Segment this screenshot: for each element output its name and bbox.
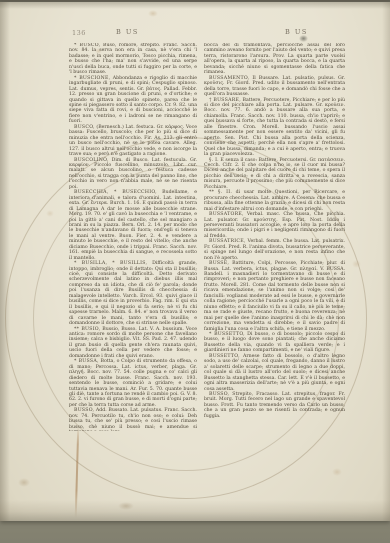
entry-body: (Bernesch.) Lat. festuca. Gr. κάρφος. Vo… xyxy=(69,125,197,157)
dictionary-entry: * BUSSETTO, Di busso, o di bossolo; picc… xyxy=(204,332,345,354)
entry-headword: * BUSILLA, * BUSILLIS, xyxy=(74,261,147,266)
entry-body: Arnese fatto di bossolo, o d'altro legno… xyxy=(204,354,345,392)
paper-left-edge-shadow xyxy=(0,2,10,521)
entry-body: Dim. di Busco. Lat. festucula. Gr. καρφί… xyxy=(69,158,197,190)
running-header: 136 B US B US xyxy=(0,28,390,38)
foxing-spot xyxy=(18,478,30,487)
dictionary-entry: * BUSCO, Buso, romore, strepito. Franc. … xyxy=(69,43,197,76)
entry-body: Battiture, Colpi, Percosse, Picchiate; p… xyxy=(204,261,345,331)
entry-headword: † BUSSARE, xyxy=(209,98,241,103)
page-number: 136 xyxy=(72,29,86,37)
entry-headword: * BUSSA, xyxy=(74,359,99,364)
dictionary-entry: ** BUSIO, Bussio, Busso. Lat. V. A. buss… xyxy=(69,327,197,360)
entry-headword: BUSCOLINO, xyxy=(74,158,109,163)
dictionary-entry: BUSSETTO, Arnese fatto di bossolo, o d'a… xyxy=(204,354,345,392)
running-title-left-column: B US xyxy=(116,28,139,36)
dictionary-entry: BUSSO, Add. Bussato. Lat. pulsatus. Fran… xyxy=(69,408,197,431)
dictionary-entry: BUSCO, (Bernesch.) Lat. festuca. Gr. κάρ… xyxy=(69,125,197,158)
entry-body: Battere, Percuotere, Picchiare; e per lo… xyxy=(204,98,345,158)
dictionary-entry: BUSCOLINO, Dim. di Busco. Lat. festucula… xyxy=(69,158,197,191)
text-column-left: * BUSCO, Buso, romore, strepito. Franc. … xyxy=(69,43,197,431)
entry-headword: §. I. xyxy=(209,158,219,163)
entry-body: bocca del dì tramontava, perciocché assa… xyxy=(204,43,345,75)
dictionary-entry: * BUSCIONE, Abbondanza e rigoglio di mac… xyxy=(69,76,197,125)
dictionary-entry: BUSECCHIA, * BUSECCHIO, Budellame, e int… xyxy=(69,190,197,261)
entry-headword: BUSSAMENTO, xyxy=(209,76,249,81)
entry-headword: BUSSATRICE, xyxy=(209,239,246,244)
dictionary-entry: BUSSATRICE, Verbal. femm. Che bussa. Lat… xyxy=(204,239,345,261)
dictionary-entry: † BUSSARE, Battere, Percuotere, Picchiar… xyxy=(204,98,345,158)
entry-body: E senza il caso: Battere, Percuotersi. G… xyxy=(204,158,345,190)
entry-body: Buso, romore, strepito. Franc. Sacch. no… xyxy=(69,43,197,75)
entry-headword: BUSSATORE, xyxy=(209,212,244,217)
entry-body: Budellame, e interiora d'animali, e talo… xyxy=(69,190,197,260)
dictionary-entry: BUSSATORE, Verbal. masc. Che bussa, Che … xyxy=(204,212,345,239)
dictionary-entry-continuation: bocca del dì tramontava, perciocché assa… xyxy=(204,43,345,76)
entry-headword: BUSECCHIA, * BUSECCHIO, xyxy=(74,190,157,195)
dictionary-entry: §. I. E senza il caso: Battere, Percuote… xyxy=(204,158,345,191)
dictionary-entry: ** §. II. di usar molte Questioni, per R… xyxy=(204,190,345,212)
entry-body: Abbondanza e rigoglio di macchie ingarbu… xyxy=(69,76,197,125)
entry-headword: BUSSO, xyxy=(74,408,94,413)
entry-body: Botta, o Colpo di strumento da offesa, o… xyxy=(69,359,197,408)
entry-headword: * BUSCIONE, xyxy=(74,76,110,81)
foxing-spot xyxy=(352,260,361,268)
entry-headword: BUSSE, xyxy=(209,261,229,266)
paper-right-edge-shadow xyxy=(382,2,390,521)
foxing-spot xyxy=(46,210,54,217)
paper-top-edge-shadow xyxy=(0,2,390,9)
dictionary-entry: BUSSO, Strepito, Fracasso. Lat. strepitu… xyxy=(204,392,345,419)
entry-headword: ** BUSIO, xyxy=(74,327,100,332)
entry-body: Bussio, Busso. Lat. V. A. bussium. Voce … xyxy=(69,327,197,359)
text-column-right: bocca del dì tramontava, perciocché assa… xyxy=(204,43,345,436)
dictionary-entry: BUSSAMENTO, Il Bussare. Lat. pulsatio, p… xyxy=(204,76,345,98)
dictionary-entry: * BUSILLA, * BUSILLIS, Difficoltà grande… xyxy=(69,261,197,326)
entry-headword: ** §. II. xyxy=(209,190,232,195)
running-title-right-column: B US xyxy=(285,28,308,36)
foxing-spot xyxy=(148,10,158,17)
foxing-spot xyxy=(332,468,342,476)
entry-body: Strepito, Fracasso. Lat. strepitus, frag… xyxy=(204,392,345,419)
paper-sheet: 136 B US B US * BUSCO, Buso, romore, str… xyxy=(0,2,390,521)
dictionary-entry: BUSSE, Battiture, Colpi, Percosse, Picch… xyxy=(204,261,345,332)
dictionary-entry: * BUSSA, Botta, o Colpo di strumento da … xyxy=(69,359,197,408)
entry-body: Difficoltà grande, intoppo, imbroglio; o… xyxy=(69,261,197,326)
page-bottom-edge xyxy=(0,500,390,521)
scanned-book-page: 136 B US B US * BUSCO, Buso, romore, str… xyxy=(0,0,390,543)
